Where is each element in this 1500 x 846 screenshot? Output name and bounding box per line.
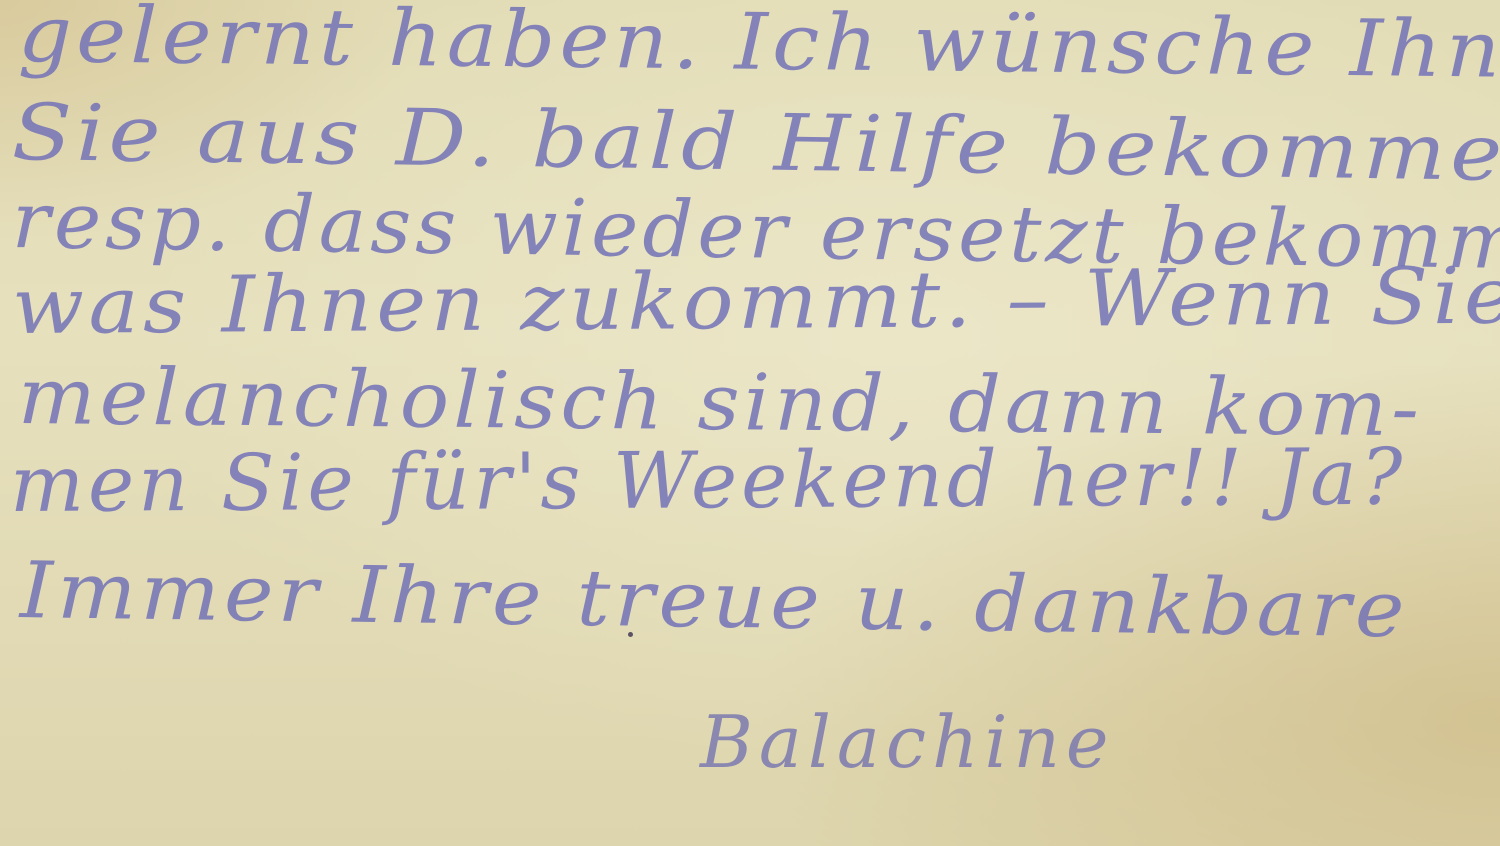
letter-line-7: Immer Ihre treue u. dankbare [19,546,1409,655]
signature: Balachine [700,700,1115,784]
letter-page: gelernt haben. Ich wünsche Ihnen, dass S… [0,0,1500,846]
ink-spot [628,632,633,637]
letter-line-4: was Ihnen zukommt. – Wenn Sie [12,251,1500,352]
letter-line-6: men Sie für's Weekend her!! Ja? [10,433,1407,530]
letter-line-1: gelernt haben. Ich wünsche Ihnen, dass [18,0,1500,100]
